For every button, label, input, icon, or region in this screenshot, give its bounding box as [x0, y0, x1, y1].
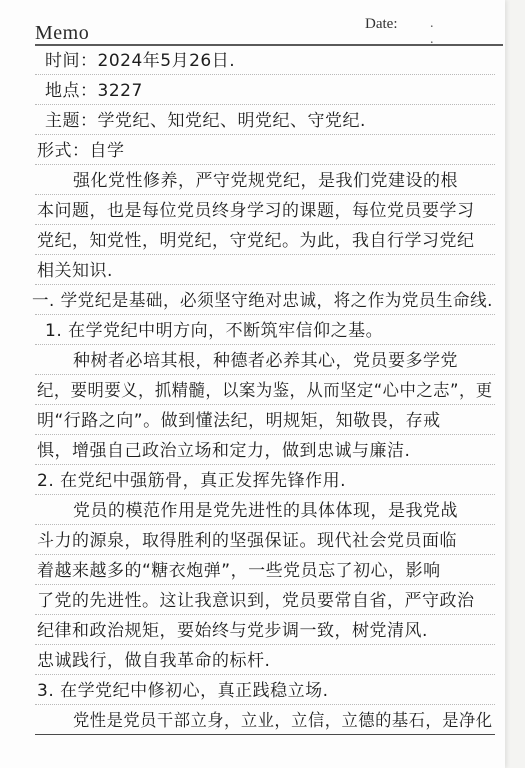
section-heading: 一. 学党纪是基础，必须坚守绝对忠诚，将之作为党员生命线. — [35, 285, 495, 315]
subsection-heading-text: 2. 在党纪中强筋骨，真正发挥先锋作用. — [37, 466, 346, 491]
subsection-heading: 1. 在学党纪中明方向，不断筑牢信仰之基。 — [35, 315, 495, 345]
field-format: 形式：自学 — [35, 135, 495, 165]
body-text: 党性是党员干部立身，立业，立信，立德的基石，是净化 — [73, 706, 493, 731]
body-text: 了党的先进性。这让我意识到，党员要常自省，严守政治 — [37, 586, 475, 611]
body-text: 纪，要明要义，抓精髓，以案为鉴，从而坚定“心中之志”，更 — [37, 376, 493, 401]
ruled-lines: 时间：2024年5月26日. 地点：3227 主题：学党纪、知党纪、明党纪、守党… — [35, 45, 495, 735]
date-label: Date: — [365, 16, 397, 33]
subsection-heading: 2. 在党纪中强筋骨，真正发挥先锋作用. — [35, 465, 495, 495]
field-location-text: 地点：3227 — [45, 76, 143, 101]
body-line: 纪律和政治规矩，要始终与党步调一致，树党清风. — [35, 615, 495, 645]
body-line: 本问题，也是每位党员终身学习的课题，每位党员要学习 — [35, 195, 495, 225]
body-line: 惧，增强自己政治立场和定力，做到忠诚与廉洁. — [35, 435, 495, 465]
body-text: 本问题，也是每位党员终身学习的课题，每位党员要学习 — [37, 196, 475, 221]
field-time-text: 时间：2024年5月26日. — [45, 46, 235, 71]
body-line: 纪，要明要义，抓精髓，以案为鉴，从而坚定“心中之志”，更 — [35, 375, 495, 405]
body-text: 党员的模范作用是党先进性的具体体现，是我党战 — [73, 496, 458, 521]
body-line: 斗力的源泉，取得胜利的坚强保证。现代社会党员面临 — [35, 525, 495, 555]
body-line: 相关知识. — [35, 255, 495, 285]
field-topic: 主题：学党纪、知党纪、明党纪、守党纪. — [35, 105, 495, 135]
body-text: 相关知识. — [37, 256, 113, 281]
memo-title: Memo — [35, 22, 89, 45]
body-text: 惧，增强自己政治立场和定力，做到忠诚与廉洁. — [37, 436, 410, 461]
field-format-text: 形式：自学 — [37, 136, 125, 161]
body-line: 了党的先进性。这让我意识到，党员要常自省，严守政治 — [35, 585, 495, 615]
body-text: 种树者必培其根，种德者必养其心，党员要多学党 — [73, 346, 458, 371]
body-text: 着越来越多的“糖衣炮弹”，一些党员忘了初心，影响 — [37, 556, 441, 581]
body-line: 着越来越多的“糖衣炮弹”，一些党员忘了初心，影响 — [35, 555, 495, 585]
memo-header: Memo Date: . . — [35, 16, 503, 46]
body-line: 党性是党员干部立身，立业，立信，立德的基石，是净化 — [35, 705, 495, 735]
body-text: 斗力的源泉，取得胜利的坚强保证。现代社会党员面临 — [37, 526, 457, 551]
body-line: 明“行路之向”。做到懂法纪，明规矩，知敬畏，存戒 — [35, 405, 495, 435]
body-line: 忠诚践行，做自我革命的标杆. — [35, 645, 495, 675]
memo-paper: Memo Date: . . 时间：2024年5月26日. 地点：3227 主题… — [0, 0, 505, 768]
body-line: 强化党性修养，严守党规党纪，是我们党建设的根 — [35, 165, 495, 195]
body-text: 强化党性修养，严守党规党纪，是我们党建设的根 — [73, 166, 458, 191]
subsection-heading: 3. 在学党纪中修初心，真正践稳立场. — [35, 675, 495, 705]
field-topic-text: 主题：学党纪、知党纪、明党纪、守党纪. — [45, 106, 366, 131]
subsection-heading-text: 3. 在学党纪中修初心，真正践稳立场. — [37, 676, 329, 701]
body-text: 纪律和政治规矩，要始终与党步调一致，树党清风. — [37, 616, 428, 641]
field-time: 时间：2024年5月26日. — [35, 45, 495, 75]
body-line: 党员的模范作用是党先进性的具体体现，是我党战 — [35, 495, 495, 525]
body-text: 党纪，知党性，明党纪，守党纪。为此，我自行学习党纪 — [37, 226, 475, 251]
body-text: 忠诚践行，做自我革命的标杆. — [37, 646, 270, 671]
body-line: 党纪，知党性，明党纪，守党纪。为此，我自行学习党纪 — [35, 225, 495, 255]
subsection-heading-text: 1. 在学党纪中明方向，不断筑牢信仰之基。 — [45, 316, 383, 341]
body-line: 种树者必培其根，种德者必养其心，党员要多学党 — [35, 345, 495, 375]
field-location: 地点：3227 — [35, 75, 495, 105]
section-heading-text: 一. 学党纪是基础，必须坚守绝对忠诚，将之作为党员生命线. — [32, 286, 493, 311]
body-text: 明“行路之向”。做到懂法纪，明规矩，知敬畏，存戒 — [37, 406, 441, 431]
